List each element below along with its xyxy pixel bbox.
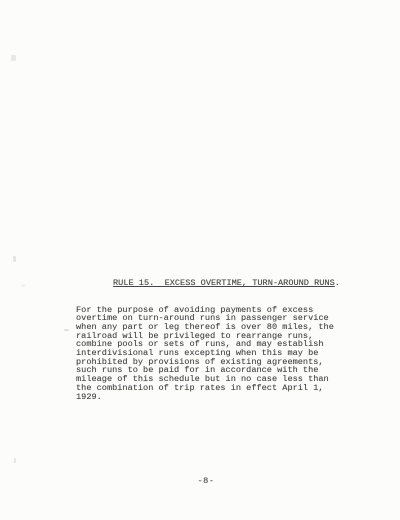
scan-artifact bbox=[11, 55, 16, 61]
document-page: RULE 15. EXCESS OVERTIME, TURN-AROUND RU… bbox=[0, 0, 400, 520]
page-number: -8- bbox=[0, 477, 400, 486]
rule-heading-text: RULE 15. EXCESS OVERTIME, TURN-AROUND RU… bbox=[113, 278, 335, 288]
rule-text-block: RULE 15. EXCESS OVERTIME, TURN-AROUND RU… bbox=[76, 262, 356, 419]
scan-artifact bbox=[13, 256, 16, 262]
rule-heading: RULE 15. EXCESS OVERTIME, TURN-AROUND RU… bbox=[76, 279, 356, 288]
scan-artifact bbox=[21, 284, 25, 287]
rule-body-paragraph: For the purpose of avoiding payments of … bbox=[76, 306, 356, 402]
scan-artifact bbox=[64, 329, 69, 331]
rule-heading-period: . bbox=[335, 278, 340, 288]
scan-artifact bbox=[14, 458, 16, 463]
